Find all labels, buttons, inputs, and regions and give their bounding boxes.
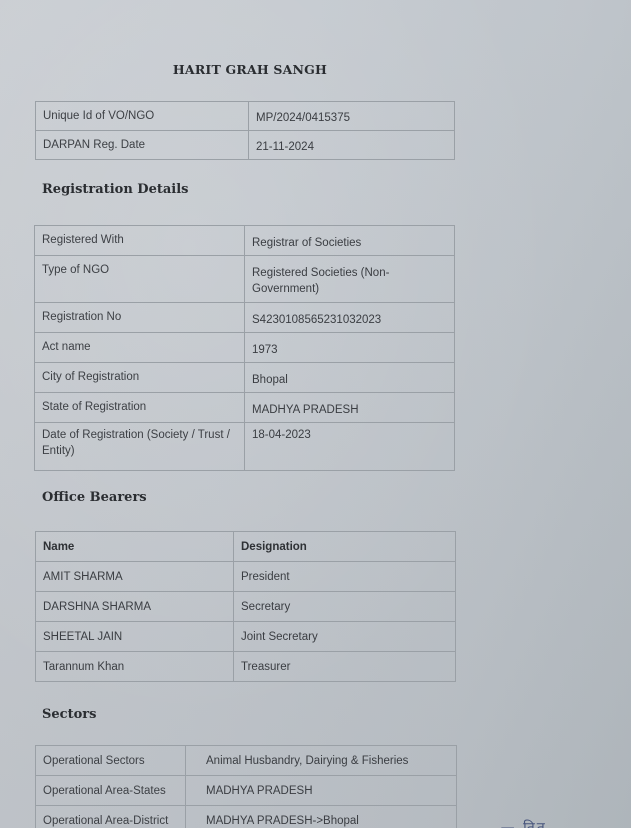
operational-district-label: Operational Area-District [36, 806, 186, 828]
bearer-name: DARSHNA SHARMA [36, 592, 234, 622]
registration-details-table: Registered With Registrar of Societies T… [34, 225, 455, 471]
table-row: DARPAN Reg. Date 21-11-2024 [36, 131, 455, 160]
unique-id-label: Unique Id of VO/NGO [36, 102, 249, 131]
table-header-row: Name Designation [36, 532, 456, 562]
ngo-type-value: Registered Societies (Non-Government) [245, 256, 455, 303]
state-label: State of Registration [35, 393, 245, 423]
table-row: SHEETAL JAIN Joint Secretary [36, 622, 456, 652]
state-value: MADHYA PRADESH [245, 393, 455, 423]
bearer-name: AMIT SHARMA [36, 562, 234, 592]
table-row: DARSHNA SHARMA Secretary [36, 592, 456, 622]
bearer-designation: Treasurer [234, 652, 456, 682]
office-bearers-table: Name Designation AMIT SHARMA President D… [35, 531, 456, 682]
name-column-header: Name [36, 532, 234, 562]
stamp-signature-fragment: ◡ — तित [480, 818, 570, 828]
registration-date-label: Date of Registration (Society / Trust / … [35, 423, 245, 471]
table-row: AMIT SHARMA President [36, 562, 456, 592]
table-row: City of Registration Bhopal [35, 363, 455, 393]
registration-date-value: 18-04-2023 [245, 423, 455, 471]
registration-no-value: S4230108565231032023 [245, 303, 455, 333]
darpan-date-value: 21-11-2024 [249, 131, 455, 160]
bearer-designation: Joint Secretary [234, 622, 456, 652]
table-row: Operational Area-District MADHYA PRADESH… [36, 806, 457, 828]
table-row: Operational Sectors Animal Husbandry, Da… [36, 746, 457, 776]
bearer-designation: Secretary [234, 592, 456, 622]
table-row: Registration No S4230108565231032023 [35, 303, 455, 333]
registration-details-heading: Registration Details [42, 182, 188, 197]
sectors-heading: Sectors [42, 707, 96, 722]
operational-sectors-value: Animal Husbandry, Dairying & Fisheries [186, 746, 457, 776]
bearer-name: Tarannum Khan [36, 652, 234, 682]
operational-district-value: MADHYA PRADESH->Bhopal [186, 806, 457, 828]
act-name-value: 1973 [245, 333, 455, 363]
bearer-designation: President [234, 562, 456, 592]
table-row: Unique Id of VO/NGO MP/2024/0415375 [36, 102, 455, 131]
table-row: Operational Area-States MADHYA PRADESH [36, 776, 457, 806]
table-row: State of Registration MADHYA PRADESH [35, 393, 455, 423]
table-row: Registered With Registrar of Societies [35, 226, 455, 256]
act-name-label: Act name [35, 333, 245, 363]
table-row: Date of Registration (Society / Trust / … [35, 423, 455, 471]
bearer-name: SHEETAL JAIN [36, 622, 234, 652]
table-row: Type of NGO Registered Societies (Non-Go… [35, 256, 455, 303]
unique-id-value: MP/2024/0415375 [249, 102, 455, 131]
table-row: Tarannum Khan Treasurer [36, 652, 456, 682]
office-bearers-heading: Office Bearers [42, 490, 147, 505]
city-label: City of Registration [35, 363, 245, 393]
table-row: Act name 1973 [35, 333, 455, 363]
darpan-date-label: DARPAN Reg. Date [36, 131, 249, 160]
operational-states-value: MADHYA PRADESH [186, 776, 457, 806]
organization-title: HARIT GRAH SANGH [0, 62, 500, 77]
city-value: Bhopal [245, 363, 455, 393]
designation-column-header: Designation [234, 532, 456, 562]
registered-with-label: Registered With [35, 226, 245, 256]
operational-states-label: Operational Area-States [36, 776, 186, 806]
operational-sectors-label: Operational Sectors [36, 746, 186, 776]
registered-with-value: Registrar of Societies [245, 226, 455, 256]
ngo-type-label: Type of NGO [35, 256, 245, 303]
ngo-id-table: Unique Id of VO/NGO MP/2024/0415375 DARP… [35, 101, 455, 160]
sectors-table: Operational Sectors Animal Husbandry, Da… [35, 745, 457, 828]
registration-no-label: Registration No [35, 303, 245, 333]
